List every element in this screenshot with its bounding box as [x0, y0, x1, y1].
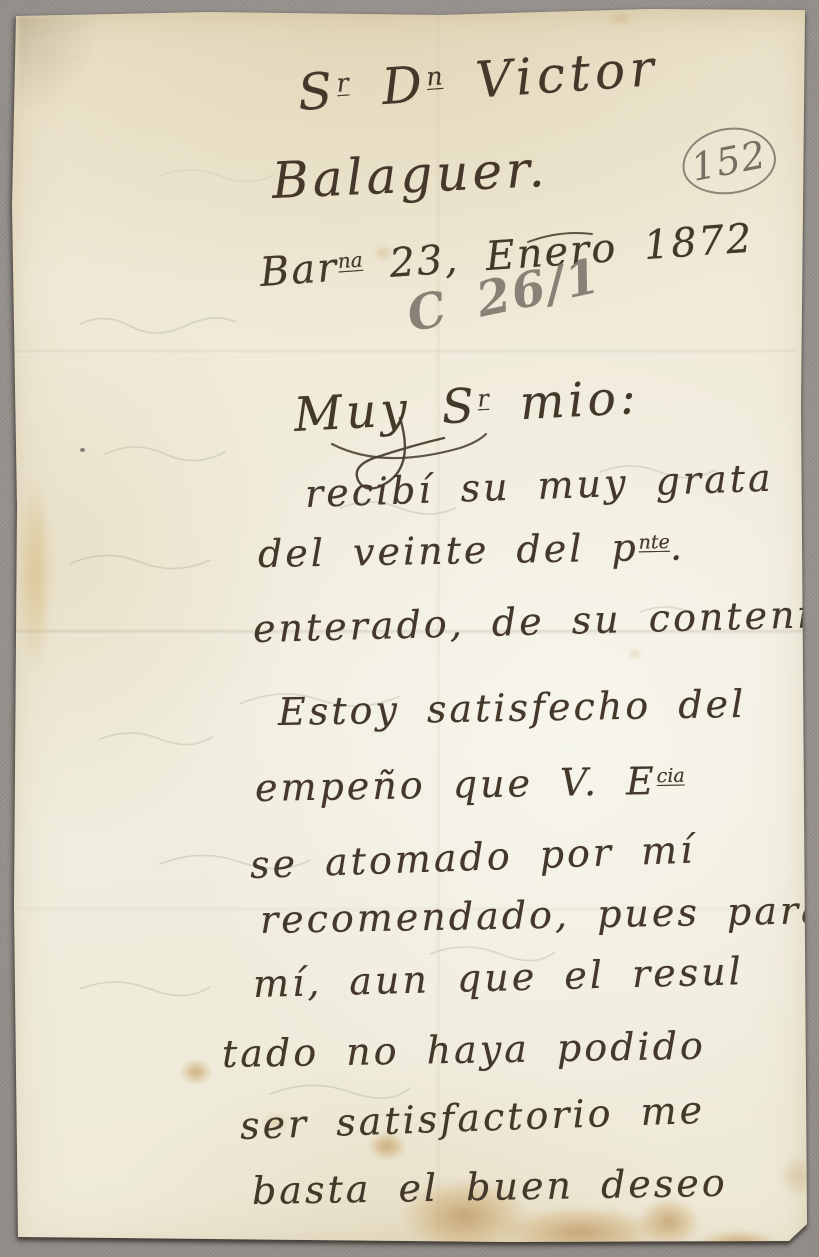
address-line: Sr Dn Victor — [296, 39, 661, 122]
stain — [180, 1059, 212, 1085]
body-line: empeño que V. Ecia — [255, 759, 686, 810]
stain — [608, 12, 634, 26]
archival-number: 152 — [688, 132, 771, 190]
body-line: enterado, de su contenido. — [252, 591, 819, 651]
body-line: Estoy satisfecho del — [278, 682, 747, 734]
body-line: mí, aun que el resul — [252, 949, 744, 1006]
stain — [498, 1206, 663, 1257]
letter-scan: Sr Dn Victor Balaguer. Barna 23, Enero 1… — [0, 0, 819, 1257]
body-line: recomendado, pues para — [260, 888, 819, 942]
paper-shadow-wrap: Sr Dn Victor Balaguer. Barna 23, Enero 1… — [0, 0, 819, 1257]
body-line: recibí su muy grata — [304, 456, 774, 516]
stain — [18, 476, 52, 671]
stain — [698, 1230, 778, 1257]
body-line: del veinte del pnte. — [258, 525, 686, 576]
address-line: Balaguer. — [271, 140, 550, 210]
body-line: se atomado por mí — [249, 827, 696, 887]
body-line: basta el buen deseo — [252, 1161, 728, 1213]
stain — [780, 1156, 814, 1196]
body-line: tado no haya podido — [222, 1024, 707, 1076]
stain — [628, 648, 642, 660]
body-line: ser satisfactorio me — [239, 1088, 706, 1148]
fold-crease-horizontal — [16, 350, 796, 355]
salutation: Muy Sr mio: — [293, 370, 641, 443]
corner-shadow — [18, 16, 138, 156]
ink-speck — [80, 448, 85, 452]
letter-paper: Sr Dn Victor Balaguer. Barna 23, Enero 1… — [10, 6, 809, 1247]
archival-number-circle: 152 — [678, 123, 779, 200]
